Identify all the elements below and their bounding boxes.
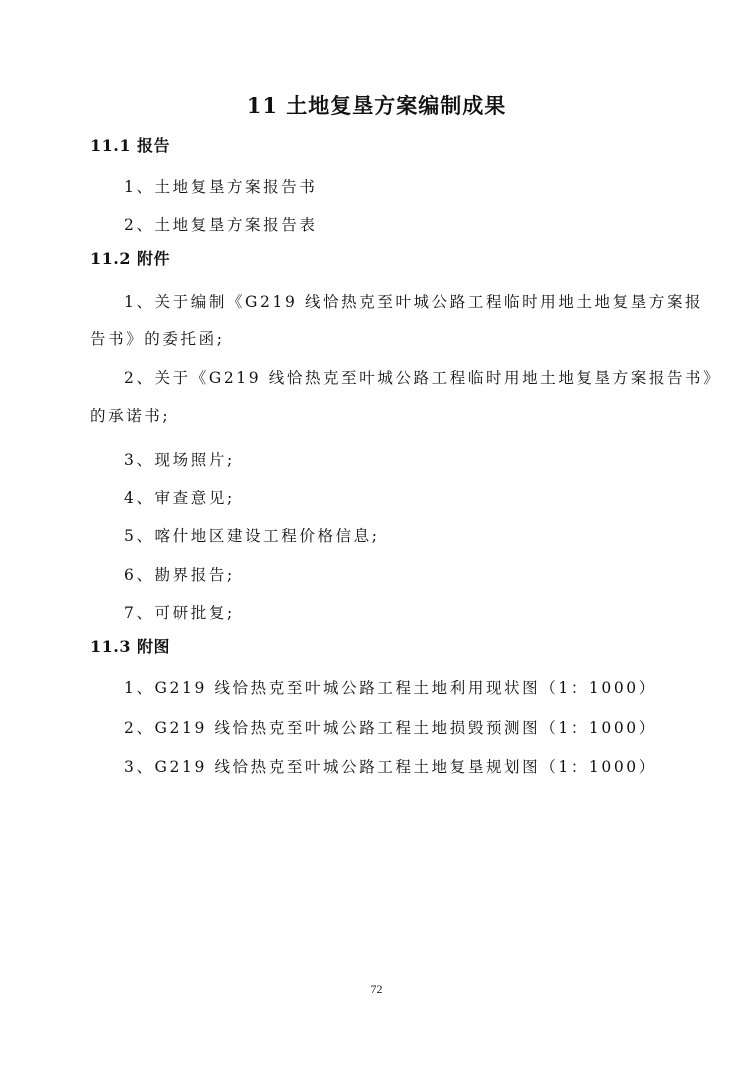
attachment-item-6: 6、勘界报告; [124,563,235,585]
report-item-1: 1、土地复垦方案报告书 [124,175,317,197]
section-heading-figures: 11.3 附图 [90,634,170,657]
attachment-item-5: 5、喀什地区建设工程价格信息; [124,524,380,546]
page-number: 72 [0,982,753,997]
attachment-item-1-line-1: 1、关于编制《G219 线恰热克至叶城公路工程临时用地土地复垦方案报 [124,290,703,312]
document-page: 11 土地复垦方案编制成果 11.1 报告 1、土地复垦方案报告书 2、土地复垦… [0,0,753,1066]
report-item-2: 2、土地复垦方案报告表 [124,213,317,235]
figure-item-3: 3、G219 线恰热克至叶城公路工程土地复垦规划图（1：1000） [124,755,657,777]
figure-item-1: 1、G219 线恰热克至叶城公路工程土地利用现状图（1：1000） [124,676,657,698]
attachment-item-2-line-1: 2、关于《G219 线恰热克至叶城公路工程临时用地土地复垦方案报告书》 [124,366,721,388]
attachment-item-3: 3、现场照片; [124,448,235,470]
attachment-item-7: 7、可研批复; [124,601,235,623]
attachment-item-4: 4、审查意见; [124,486,235,508]
section-heading-report: 11.1 报告 [90,133,170,156]
chapter-title: 11 土地复垦方案编制成果 [0,90,753,120]
attachment-item-2-line-2: 的承诺书; [90,404,170,426]
section-heading-attachments: 11.2 附件 [90,246,170,269]
attachment-item-1-line-2: 告书》的委托函; [90,327,225,349]
figure-item-2: 2、G219 线恰热克至叶城公路工程土地损毁预测图（1：1000） [124,716,657,738]
